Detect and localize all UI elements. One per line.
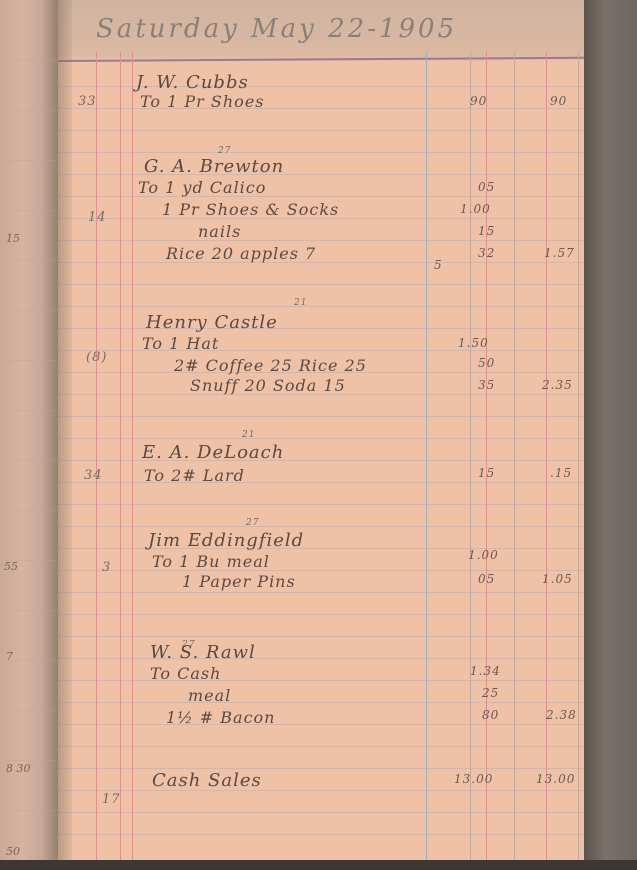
margin-rule [96, 52, 97, 862]
entry-item: Snuff 20 Soda 15 [190, 376, 346, 395]
entry-item: 1 Paper Pins [182, 572, 296, 591]
page-date: Saturday May 22-1905 [96, 14, 457, 44]
entry-item: 1 Pr Shoes & Socks [162, 200, 339, 219]
entry-folio: 3 [102, 560, 111, 575]
entry-total: 1.57 [544, 246, 575, 260]
account-number: 21 [294, 298, 307, 308]
left-page-mark: 50 [6, 845, 20, 858]
item-amount: 90 [470, 94, 487, 108]
item-amount: 05 [478, 180, 495, 194]
entry-name: J. W. Cubbs [136, 72, 249, 93]
entry-name: Cash Sales [152, 770, 262, 791]
ledger-page: Saturday May 22-1905 33 J. W. Cubbs To 1… [58, 0, 584, 862]
entry-folio: 34 [84, 468, 103, 483]
account-number: 27 [246, 518, 259, 528]
left-page-mark: 15 [6, 232, 20, 245]
item-amount: 32 [478, 246, 495, 260]
item-amount: 1.00 [468, 548, 499, 562]
entry-folio: 17 [102, 792, 121, 807]
entry-item: 2# Coffee 25 Rice 25 [174, 356, 367, 375]
entry-item: To 1 Pr Shoes [140, 92, 265, 111]
entry-total: 2.38 [546, 708, 577, 722]
item-amount: 1.50 [458, 336, 489, 350]
left-page-mark: 55 [4, 560, 18, 573]
binding-gutter [42, 0, 72, 870]
entry-item: meal [188, 686, 231, 705]
book-spine [584, 0, 637, 870]
entry-name: G. A. Brewton [144, 156, 284, 177]
entry-item: To Cash [150, 664, 221, 683]
item-amount: 25 [482, 686, 499, 700]
entry-name: E. A. DeLoach [142, 442, 284, 463]
entry-name: W. S. Rawl [150, 642, 256, 663]
left-page-mark: 8 30 [6, 762, 31, 775]
entry-folio: (8) [86, 350, 107, 365]
entry-total: 13.00 [536, 772, 575, 786]
entry-item: Rice 20 apples 7 [166, 244, 316, 263]
item-amount: 15 [478, 224, 495, 238]
entry-item: nails [198, 222, 241, 241]
entry-item: To 1 yd Calico [138, 178, 266, 197]
left-page-mark: 7 [6, 650, 13, 663]
entry-name: Jim Eddingfield [148, 530, 304, 551]
stray-mark: 5 [434, 258, 443, 272]
entry-total: .15 [550, 466, 572, 480]
item-amount: 05 [478, 572, 495, 586]
entry-total: 2.35 [542, 378, 573, 392]
entry-total: 1.05 [542, 572, 573, 586]
item-amount: 50 [478, 356, 495, 370]
entry-item: To 2# Lard [144, 466, 245, 485]
page-bottom-edge [0, 860, 637, 870]
item-amount: 13.00 [454, 772, 493, 786]
entry-item: 1½ # Bacon [166, 708, 275, 727]
amount-column-rule [426, 52, 427, 862]
entry-folio: 14 [88, 210, 107, 225]
item-amount: 15 [478, 466, 495, 480]
item-amount: 1.00 [460, 202, 491, 216]
entry-folio: 33 [78, 94, 97, 109]
item-amount: 1.34 [470, 664, 501, 678]
entry-name: Henry Castle [146, 312, 278, 333]
entry-item: To 1 Bu meal [152, 552, 270, 571]
header-rule [58, 57, 584, 62]
entry-total: 90 [550, 94, 567, 108]
entry-item: To 1 Hat [142, 334, 219, 353]
account-number: 27 [218, 146, 231, 156]
item-amount: 80 [482, 708, 499, 722]
account-number: 21 [242, 430, 255, 440]
item-amount: 35 [478, 378, 495, 392]
